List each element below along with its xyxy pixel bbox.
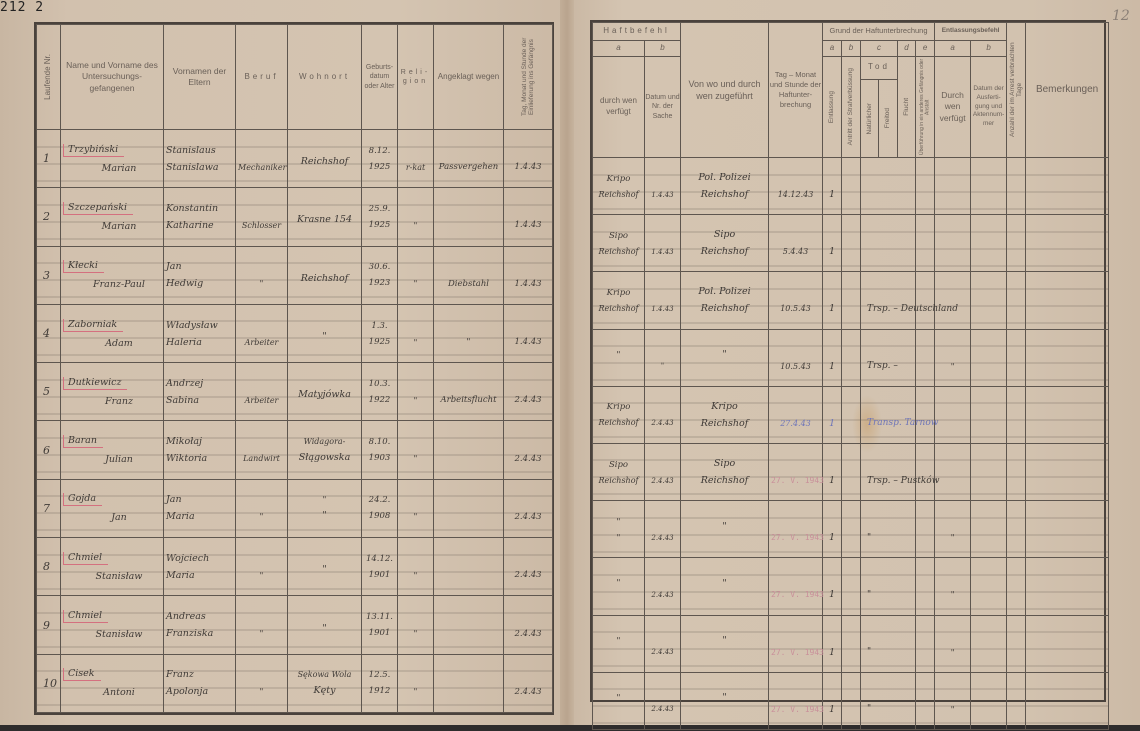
ordered-by-cell: " xyxy=(593,672,645,729)
prisoner-firstname: Franz-Paul xyxy=(63,279,161,290)
ordered-by-place: Reichshof xyxy=(595,476,642,485)
occupation-cell: Schlosser xyxy=(236,188,288,246)
release-date-cell xyxy=(971,215,1007,272)
ordered-by-cell: Kripo Reichshof xyxy=(593,386,645,443)
religion-cell: " xyxy=(398,421,434,479)
ordered-by: " xyxy=(595,517,642,527)
transfer-cell xyxy=(916,615,935,672)
residence-cell: " xyxy=(288,304,362,362)
prisoner-name-cell: Gojda Jan xyxy=(61,479,164,537)
residence: " xyxy=(290,510,359,521)
interruption-date: 27. V. 1943 xyxy=(771,705,820,714)
prisoner-surname: Zaborniak xyxy=(63,319,123,332)
case-date-cell: 2.4.43 xyxy=(645,501,681,558)
table-row: " 2.4.43 " 27. V. 1943 1 " " xyxy=(593,672,1109,729)
ordered-by-cell: Kripo Reichshof xyxy=(593,272,645,329)
table-row: 2 Szczepański Marian Konstantin Katharin… xyxy=(37,188,553,246)
remarks-cell xyxy=(1026,158,1109,215)
admission-date: 1.4.43 xyxy=(506,162,550,172)
release-date-cell xyxy=(971,443,1007,500)
birth-day-month: 30.6. xyxy=(364,262,395,272)
occupation-cell: Arbeiter xyxy=(236,363,288,421)
charge-cell xyxy=(434,421,504,479)
release-date-cell xyxy=(971,558,1007,615)
birth-day-month: 12.5. xyxy=(364,670,395,680)
residence-cell: Reichshof xyxy=(288,130,362,188)
parents-cell: Mikołaj Wiktoria xyxy=(164,421,236,479)
interruption-date: 14.12.43 xyxy=(771,190,820,199)
release-mark: 1 xyxy=(825,475,839,486)
admission-cell: 2.4.43 xyxy=(504,421,553,479)
ordered-by-cell: " xyxy=(593,615,645,672)
release-by: " xyxy=(937,705,968,714)
transport-note-cell: Trsp. – Pustków xyxy=(861,443,916,500)
birthdate-cell: 24.2. 1908 xyxy=(362,479,398,537)
row-number: 7 xyxy=(37,479,61,537)
parent-mother: Hedwig xyxy=(166,278,233,289)
release-by-cell: " xyxy=(935,558,971,615)
header-lfd-nr: Laufende Nr. xyxy=(37,25,61,130)
sentence-cell xyxy=(842,386,861,443)
admission-date: 2.4.43 xyxy=(506,629,550,639)
birth-year: 1925 xyxy=(364,337,395,347)
table-row: " " 2.4.43 " 27. V. 1943 1 " " xyxy=(593,501,1109,558)
birthdate-cell: 14.12. 1901 xyxy=(362,538,398,596)
birthdate-cell: 30.6. 1923 xyxy=(362,246,398,304)
case-date: 2.4.43 xyxy=(647,534,678,542)
prisoner-firstname: Franz xyxy=(63,396,161,407)
header-zugefuehrt: Von wo und durch wen zugeführt xyxy=(681,23,769,158)
transfer-cell xyxy=(916,215,935,272)
left-register-table: Laufende Nr. Name und Vorname des Unters… xyxy=(34,22,554,715)
birth-year: 1922 xyxy=(364,395,395,405)
parents-cell: Stanislaus Stanislawa xyxy=(164,130,236,188)
transport-note-cell: " xyxy=(861,501,916,558)
table-row: Sipo Reichshof 2.4.43 Sipo Reichshof 27.… xyxy=(593,443,1109,500)
occupation-cell: " xyxy=(236,538,288,596)
religion: r-kat xyxy=(400,163,431,172)
parents-cell: Konstantin Katharine xyxy=(164,188,236,246)
residence: Słągowska xyxy=(290,452,359,463)
birth-day-month: 24.2. xyxy=(364,495,395,505)
header-grund-d: d xyxy=(898,41,916,57)
transport-note: Trsp. – Pustków xyxy=(863,476,913,486)
row-number: 8 xyxy=(37,538,61,596)
prisoner-firstname: Julian xyxy=(63,454,161,465)
brought-by: " xyxy=(683,349,766,360)
admission-date: 1.4.43 xyxy=(506,337,550,347)
release-date-cell xyxy=(971,672,1007,729)
sentence-cell xyxy=(842,672,861,729)
brought-by-place: Reichshof xyxy=(683,475,766,486)
right-register-table: Haftbefehl Von wo und durch wen zugeführ… xyxy=(590,20,1106,702)
birthdate-cell: 13.11. 1901 xyxy=(362,596,398,654)
charge-cell xyxy=(434,188,504,246)
interruption-date-cell: 10.5.43 xyxy=(769,329,823,386)
brought-by: " xyxy=(683,635,766,646)
birthdate-cell: 8.10. 1903 xyxy=(362,421,398,479)
birth-year: 1908 xyxy=(364,511,395,521)
release-mark: 1 xyxy=(825,532,839,543)
case-date-cell: 2.4.43 xyxy=(645,672,681,729)
birth-day-month: 8.10. xyxy=(364,437,395,447)
release-date-cell xyxy=(971,501,1007,558)
prisoner-surname: Gojda xyxy=(63,493,102,506)
release-date-cell xyxy=(971,615,1007,672)
parent-father: Stanislaus xyxy=(166,145,233,156)
interruption-date-cell: 27. V. 1943 xyxy=(769,443,823,500)
parents-cell: Franz Apolonja xyxy=(164,654,236,712)
charge: Diebstahl xyxy=(436,279,501,289)
header-name: Name und Vorname des Untersuchungs-gefan… xyxy=(61,25,164,130)
remarks-cell xyxy=(1026,215,1109,272)
release-date-cell xyxy=(971,158,1007,215)
occupation: Landwirt xyxy=(238,454,285,463)
days-cell xyxy=(1007,558,1026,615)
sentence-cell xyxy=(842,272,861,329)
prisoner-surname: Cisek xyxy=(63,668,101,681)
brought-by-cell: Pol. Polizei Reichshof xyxy=(681,158,769,215)
brought-by-cell: " xyxy=(681,558,769,615)
parents-cell: Jan Maria xyxy=(164,479,236,537)
transport-note: " xyxy=(863,590,913,600)
case-date: 2.4.43 xyxy=(647,419,678,427)
interruption-date-cell: 5.4.43 xyxy=(769,215,823,272)
remarks-cell xyxy=(1026,443,1109,500)
case-date-cell: " xyxy=(645,329,681,386)
release-by: " xyxy=(937,533,968,542)
interruption-date: 5.4.43 xyxy=(771,247,820,256)
interruption-date-cell: 27. V. 1943 xyxy=(769,501,823,558)
table-row: Kripo Reichshof 1.4.43 Pol. Polizei Reic… xyxy=(593,158,1109,215)
release-cell: 1 xyxy=(823,215,842,272)
occupation-cell: Mechaniker xyxy=(236,130,288,188)
transport-note-cell: " xyxy=(861,672,916,729)
remarks-cell xyxy=(1026,501,1109,558)
days-cell xyxy=(1007,215,1026,272)
religion-cell: " xyxy=(398,246,434,304)
header-datum-ausfertigung: Datum der Ausferti-gung und Aktennum-mer xyxy=(971,57,1007,158)
interruption-date-cell: 27. V. 1943 xyxy=(769,615,823,672)
remarks-cell xyxy=(1026,386,1109,443)
case-date: 2.4.43 xyxy=(647,477,678,485)
prisoner-name-cell: Chmiel Stanisław xyxy=(61,538,164,596)
transport-note: Trsp. – Deutschland xyxy=(863,304,913,314)
case-date-cell: 2.4.43 xyxy=(645,615,681,672)
days-cell xyxy=(1007,615,1026,672)
admission-date: 2.4.43 xyxy=(506,570,550,580)
interruption-date: 27. V. 1943 xyxy=(771,476,820,485)
religion-cell: " xyxy=(398,538,434,596)
brought-by-cell: " xyxy=(681,615,769,672)
transport-note-cell xyxy=(861,215,916,272)
prisoner-surname: Baran xyxy=(63,435,103,448)
table-row: 3 Kłecki Franz-Paul Jan Hedwig " Reichsh… xyxy=(37,246,553,304)
header-grund-e: e xyxy=(916,41,935,57)
prisoner-firstname: Antoni xyxy=(63,687,161,698)
prisoner-surname: Kłecki xyxy=(63,260,104,273)
charge-cell: Passvergehen xyxy=(434,130,504,188)
occupation-cell: Landwirt xyxy=(236,421,288,479)
transport-note-cell: " xyxy=(861,615,916,672)
row-number: 6 xyxy=(37,421,61,479)
release-mark: 1 xyxy=(825,189,839,200)
prisoner-firstname: Adam xyxy=(63,338,161,349)
charge-cell: Arbeitsflucht xyxy=(434,363,504,421)
occupation: " xyxy=(238,687,285,696)
parents-cell: Jan Hedwig xyxy=(164,246,236,304)
admission-cell: 1.4.43 xyxy=(504,130,553,188)
admission-cell: 1.4.43 xyxy=(504,188,553,246)
ordered-by: " xyxy=(595,350,642,360)
header-haftbefehl: Haftbefehl xyxy=(593,23,681,41)
parent-father: Władysław xyxy=(166,320,233,331)
occupation: " xyxy=(238,512,285,521)
interruption-date-cell: 14.12.43 xyxy=(769,158,823,215)
header-durch-wen-verfuegt: Durch wen verfügt xyxy=(935,57,971,158)
birthdate-cell: 1.3. 1925 xyxy=(362,304,398,362)
charge: " xyxy=(436,337,501,347)
case-date: 1.4.43 xyxy=(647,191,678,199)
residence: " xyxy=(290,623,359,634)
brought-by-cell: Sipo Reichshof xyxy=(681,215,769,272)
row-number: 9 xyxy=(37,596,61,654)
occupation-cell: " xyxy=(236,479,288,537)
prisoner-firstname: Stanisław xyxy=(63,571,161,582)
header-angeklagt: Angeklagt wegen xyxy=(434,25,504,130)
charge: Passvergehen xyxy=(436,162,501,172)
parent-mother: Wiktoria xyxy=(166,453,233,464)
header-entlassung: Entlassung xyxy=(823,57,842,158)
religion: " xyxy=(400,396,431,405)
birth-day-month: 8.12. xyxy=(364,146,395,156)
residence: Krasne 154 xyxy=(290,214,359,225)
remarks-cell xyxy=(1026,615,1109,672)
interruption-date: 27. V. 1943 xyxy=(771,590,820,599)
ordered-by: " xyxy=(595,693,642,703)
admission-cell: 2.4.43 xyxy=(504,596,553,654)
table-row: Kripo Reichshof 2.4.43 Kripo Reichshof 2… xyxy=(593,386,1109,443)
header-natuerlich: Natürlicher xyxy=(861,79,879,157)
interruption-date: 27. V. 1943 xyxy=(771,533,820,542)
residence-line1: Sękowa Wola xyxy=(290,670,359,679)
residence-cell: " " xyxy=(288,479,362,537)
release-mark: 1 xyxy=(825,647,839,658)
parents-cell: Andreas Franziska xyxy=(164,596,236,654)
transport-note: " xyxy=(863,647,913,657)
case-date: 2.4.43 xyxy=(647,705,678,713)
row-number: 4 xyxy=(37,304,61,362)
residence: Reichshof xyxy=(290,273,359,284)
header-durch-wen: durch wen verfügt xyxy=(593,57,645,158)
interruption-date-cell: 27. V. 1943 xyxy=(769,558,823,615)
release-mark: 1 xyxy=(825,704,839,715)
birthdate-cell: 25.9. 1925 xyxy=(362,188,398,246)
release-cell: 1 xyxy=(823,443,842,500)
sentence-cell xyxy=(842,158,861,215)
interruption-date-cell: 27.4.43 xyxy=(769,386,823,443)
days-cell xyxy=(1007,272,1026,329)
release-by-cell: " xyxy=(935,615,971,672)
case-date-cell: 1.4.43 xyxy=(645,215,681,272)
occupation: Schlosser xyxy=(238,221,285,230)
header-religion: Reli-gion xyxy=(398,25,434,130)
birthdate-cell: 8.12. 1925 xyxy=(362,130,398,188)
header-grund: Grund der Haftunterbrechung xyxy=(823,23,935,41)
row-number: 5 xyxy=(37,363,61,421)
parent-mother: Maria xyxy=(166,570,233,581)
occupation-cell: " xyxy=(236,246,288,304)
transport-note-cell xyxy=(861,158,916,215)
prisoner-name-cell: Dutkiewicz Franz xyxy=(61,363,164,421)
ordered-by-cell: " xyxy=(593,329,645,386)
ordered-by: Kripo xyxy=(595,174,642,184)
header-bemerkungen: Bemerkungen xyxy=(1026,23,1109,158)
header-anzahl-tage: Anzahl der im Arrest verbrachten Tage xyxy=(1007,23,1026,158)
religion: " xyxy=(400,512,431,521)
parent-mother: Apolonja xyxy=(166,686,233,697)
brought-by: Sipo xyxy=(683,229,766,240)
residence-cell: Reichshof xyxy=(288,246,362,304)
prisoner-name-cell: Zaborniak Adam xyxy=(61,304,164,362)
ordered-by-place: Reichshof xyxy=(595,304,642,313)
occupation: Arbeiter xyxy=(238,396,285,405)
archive-number: 212 2 xyxy=(0,0,44,15)
parent-mother: Katharine xyxy=(166,220,233,231)
birth-year: 1901 xyxy=(364,628,395,638)
brought-by-place: Reichshof xyxy=(683,303,766,314)
birth-year: 1912 xyxy=(364,686,395,696)
occupation: " xyxy=(238,629,285,638)
days-cell xyxy=(1007,501,1026,558)
admission-cell: 2.4.43 xyxy=(504,538,553,596)
release-cell: 1 xyxy=(823,501,842,558)
birth-year: 1903 xyxy=(364,453,395,463)
charge-cell xyxy=(434,479,504,537)
religion: " xyxy=(400,571,431,580)
header-haftunterbrechung: Tag – Monat und Stunde der Haftunter-bre… xyxy=(769,23,823,158)
brought-by-place: Reichshof xyxy=(683,246,766,257)
sentence-cell xyxy=(842,215,861,272)
residence-cell: Krasne 154 xyxy=(288,188,362,246)
parent-father: Mikołaj xyxy=(166,436,233,447)
residence-cell: " xyxy=(288,596,362,654)
sentence-cell xyxy=(842,443,861,500)
parents-cell: Andrzej Sabina xyxy=(164,363,236,421)
table-row: 5 Dutkiewicz Franz Andrzej Sabina Arbeit… xyxy=(37,363,553,421)
charge-cell xyxy=(434,596,504,654)
release-cell: 1 xyxy=(823,386,842,443)
charge-cell: " xyxy=(434,304,504,362)
ordered-by-cell: Sipo Reichshof xyxy=(593,215,645,272)
brought-by: " xyxy=(683,692,766,703)
transport-note-cell: Trsp. – xyxy=(861,329,916,386)
brought-by-cell: Kripo Reichshof xyxy=(681,386,769,443)
release-mark: 1 xyxy=(825,418,839,429)
case-date-cell: 2.4.43 xyxy=(645,443,681,500)
transfer-cell xyxy=(916,329,935,386)
case-date: " xyxy=(647,362,678,370)
release-date-cell xyxy=(971,386,1007,443)
remarks-cell xyxy=(1026,329,1109,386)
religion: " xyxy=(400,221,431,230)
header-beruf: Beruf xyxy=(236,25,288,130)
birth-day-month: 10.3. xyxy=(364,379,395,389)
release-by-cell xyxy=(935,443,971,500)
release-by-cell xyxy=(935,215,971,272)
release-date-cell xyxy=(971,329,1007,386)
header-einlieferung: Tag, Monat und Stunde der Einlieferung i… xyxy=(504,25,553,130)
residence: Kęty xyxy=(290,685,359,696)
header-ueberfuehrung: Überführung in ein anderes Gefängnis ode… xyxy=(916,57,935,158)
admission-cell: 2.4.43 xyxy=(504,479,553,537)
header-a: a xyxy=(593,41,645,57)
prisoner-name-cell: Cisek Antoni xyxy=(61,654,164,712)
row-number: 10 xyxy=(37,654,61,712)
days-cell xyxy=(1007,443,1026,500)
birthdate-cell: 10.3. 1922 xyxy=(362,363,398,421)
admission-date: 2.4.43 xyxy=(506,512,550,522)
occupation: " xyxy=(238,279,285,288)
brought-by-cell: " xyxy=(681,329,769,386)
ordered-by-cell: " " xyxy=(593,501,645,558)
admission-date: 2.4.43 xyxy=(506,395,550,405)
prisoner-name-cell: Chmiel Stanisław xyxy=(61,596,164,654)
interruption-date-cell: 10.5.43 xyxy=(769,272,823,329)
ordered-by-place: Reichshof xyxy=(595,247,642,256)
case-date: 1.4.43 xyxy=(647,248,678,256)
header-flucht: Flucht xyxy=(898,57,916,158)
residence-cell: Widagora- Słągowska xyxy=(288,421,362,479)
ordered-by: " xyxy=(595,636,642,646)
days-cell xyxy=(1007,672,1026,729)
residence-line1: Widagora- xyxy=(290,437,359,446)
header-ent-a: a xyxy=(935,41,971,57)
header-ent-b: b xyxy=(971,41,1007,57)
book-spine xyxy=(560,0,574,731)
case-date: 2.4.43 xyxy=(647,648,678,656)
admission-cell: 2.4.43 xyxy=(504,363,553,421)
header-grund-b: b xyxy=(842,41,861,57)
header-grund-a: a xyxy=(823,41,842,57)
header-b: b xyxy=(645,41,681,57)
religion-cell: r-kat xyxy=(398,130,434,188)
table-row: 6 Baran Julian Mikołaj Wiktoria Landwirt… xyxy=(37,421,553,479)
occupation-cell: Arbeiter xyxy=(236,304,288,362)
residence-cell: Sękowa Wola Kęty xyxy=(288,654,362,712)
brought-by: " xyxy=(683,521,766,532)
parent-father: Andrzej xyxy=(166,378,233,389)
transfer-cell xyxy=(916,558,935,615)
transport-note: " xyxy=(863,533,913,543)
release-cell: 1 xyxy=(823,272,842,329)
release-cell: 1 xyxy=(823,329,842,386)
interruption-date: 27.4.43 xyxy=(771,419,820,428)
occupation: Mechaniker xyxy=(238,163,285,172)
ordered-by-place: Reichshof xyxy=(595,418,642,427)
residence: Matyjówka xyxy=(290,389,359,400)
release-cell: 1 xyxy=(823,558,842,615)
transfer-cell xyxy=(916,386,935,443)
religion-cell: " xyxy=(398,363,434,421)
release-mark: 1 xyxy=(825,303,839,314)
header-wohnort: Wohnort xyxy=(288,25,362,130)
parent-mother: Stanislawa xyxy=(166,162,233,173)
ordered-by: Sipo xyxy=(595,460,642,470)
table-row: " " " 10.5.43 1 Trsp. – " xyxy=(593,329,1109,386)
prisoner-surname: Chmiel xyxy=(63,552,108,565)
residence-line1: " xyxy=(290,495,359,504)
